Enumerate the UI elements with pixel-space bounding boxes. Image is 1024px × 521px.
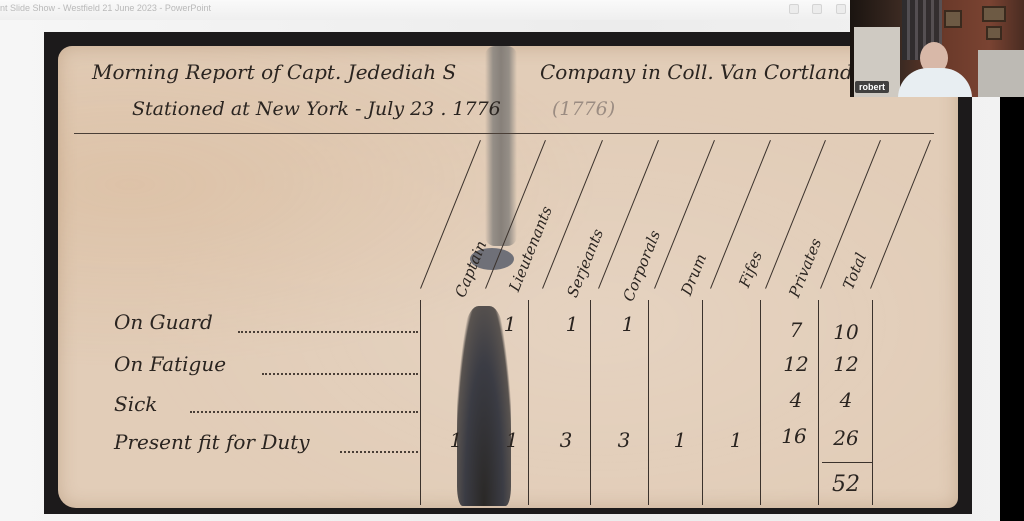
report-heading-line2: Stationed at New York - July 23 . 1776	[132, 98, 501, 120]
row-label-on-guard: On Guard	[114, 310, 213, 334]
column-line	[648, 300, 649, 505]
cell-present-privates: 16	[774, 424, 814, 448]
pencil-annotation: (1776)	[552, 98, 615, 120]
cell-sick-total: 4	[826, 388, 866, 412]
row-label-sick: Sick	[114, 392, 157, 416]
burn-damage	[457, 306, 511, 506]
report-heading-line1-cont: Company in Coll. Van Cortlandt's	[540, 60, 877, 84]
paper-fold-stain	[485, 46, 517, 246]
column-line	[872, 300, 873, 505]
cell-present-corporals: 3	[604, 428, 644, 452]
cell-present-lieutenants: 1	[492, 428, 532, 452]
participant-video	[898, 42, 968, 97]
close-icon[interactable]	[836, 4, 846, 14]
cell-present-captain: 1	[436, 428, 476, 452]
cell-present-serjeants: 3	[546, 428, 586, 452]
wall-frame	[986, 26, 1002, 40]
cabinet	[978, 50, 1024, 97]
column-line	[760, 300, 761, 505]
cell-sick-privates: 4	[776, 388, 816, 412]
column-line	[818, 300, 819, 505]
report-heading-line1: Morning Report of Capt. Jedediah S	[92, 60, 456, 84]
cell-present-total: 26	[826, 426, 866, 450]
row-label-on-fatigue: On Fatigue	[114, 352, 226, 376]
restore-icon[interactable]	[812, 4, 822, 14]
cell-present-fifes: 1	[716, 428, 756, 452]
column-line	[420, 300, 421, 505]
cell-guard-privates: 7	[776, 318, 816, 342]
row-label-present-fit: Present fit for Duty	[114, 430, 310, 454]
cell-guard-total: 10	[826, 320, 866, 344]
cell-guard-lieutenants: 1	[490, 312, 530, 336]
cell-guard-corporals: 1	[608, 312, 648, 336]
leader-dots	[190, 410, 418, 413]
wall-frame	[944, 10, 962, 28]
cell-fatigue-privates: 12	[776, 352, 816, 376]
leader-dots	[262, 372, 418, 375]
participant-name-label: robert	[855, 81, 889, 93]
minimize-icon[interactable]	[789, 4, 799, 14]
leader-dots	[340, 450, 418, 453]
participant-body	[898, 68, 972, 97]
cell-fatigue-total: 12	[826, 352, 866, 376]
window-titlebar: nt Slide Show - Westfield 21 June 2023 -…	[0, 0, 850, 20]
wall-frame	[982, 6, 1006, 22]
grand-total: 52	[826, 472, 866, 497]
video-call-thumbnail[interactable]: robert	[850, 0, 1024, 97]
window-title: nt Slide Show - Westfield 21 June 2023 -…	[0, 3, 211, 13]
cell-guard-serjeants: 1	[552, 312, 592, 336]
total-underline	[822, 462, 872, 463]
leader-dots	[238, 330, 418, 333]
column-line	[702, 300, 703, 505]
cell-present-drum: 1	[660, 428, 700, 452]
heading-rule	[74, 133, 934, 134]
